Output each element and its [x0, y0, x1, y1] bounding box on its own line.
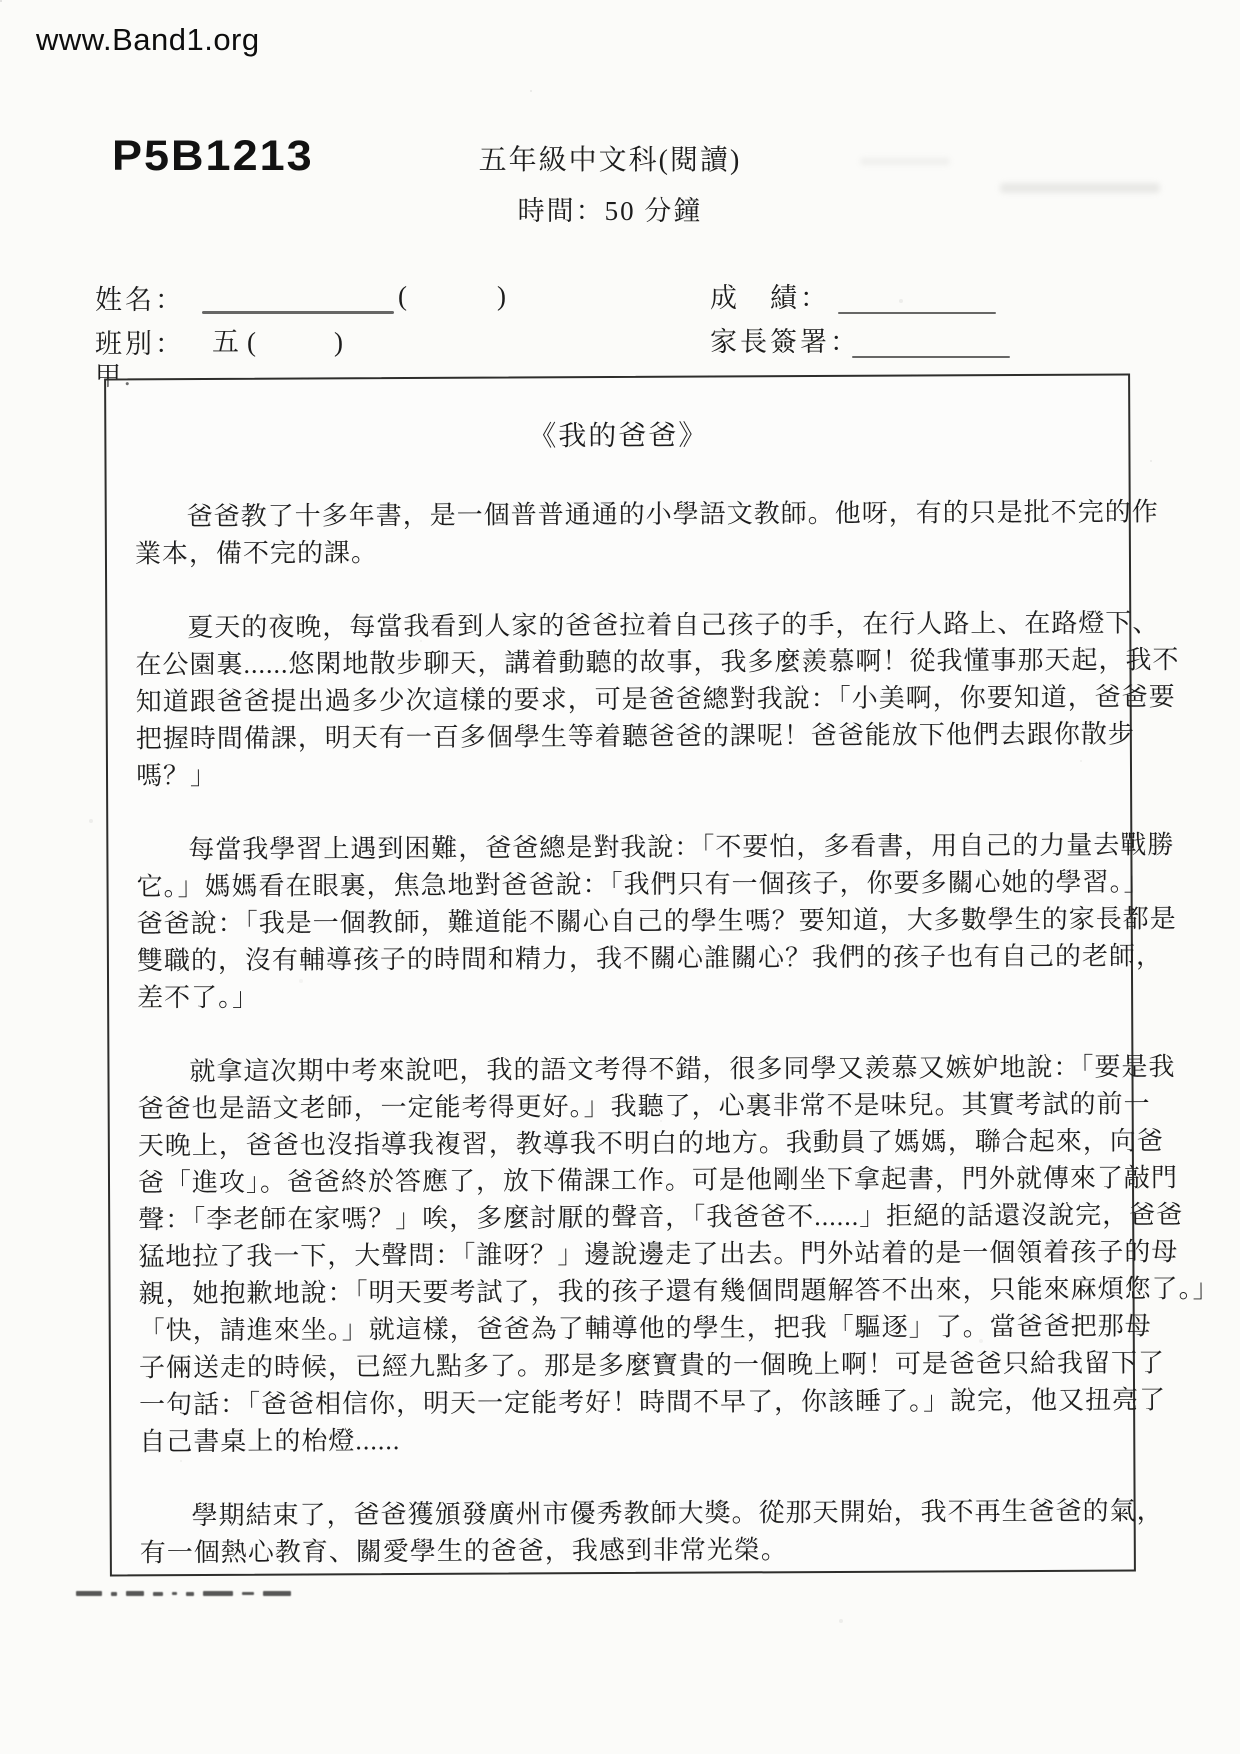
passage-line: 它。」媽媽看在眼裏，焦急地對爸爸說：「我們只有一個孩子，你要多關心她的學習。」 [136, 864, 1104, 906]
parent-signature-label: 家長簽署： [710, 320, 860, 359]
score-fill-line [838, 312, 996, 314]
watermark-url: www.Band1.org [36, 22, 260, 58]
class-value: 五( ) [212, 320, 351, 359]
passage-line: 爸「進攻」。爸爸終於答應了，放下備課工作。可是他剛坐下拿起書，門外就傳來了敲門 [138, 1160, 1106, 1202]
scan-streak [1000, 183, 1160, 193]
passage-line: 猛地拉了我一下，大聲問：「誰呀？」邊說邊走了出去。門外站着的是一個領着孩子的母 [138, 1234, 1106, 1276]
passage-line: 爸爸教了十多年書，是一個普普通通的小學語文教師。他呀，有的只是批不完的作 [135, 494, 1103, 536]
passage-line: 在公園裏......悠閑地散步聊天，講着動聽的故事，我多麼羨慕啊！從我懂事那天起… [135, 642, 1103, 684]
scanned-exam-page: www.Band1.org P5B1213 五年級中文科(閱讀) 時間：50 分… [0, 0, 1240, 1754]
passage-line: 嗎？」 [136, 753, 1104, 795]
passage-line: 夏天的夜晚，每當我看到人家的爸爸拉着自己孩子的手，在行人路上、在路燈下、 [135, 605, 1103, 647]
footer-illegible-fragment [76, 1591, 291, 1596]
passage-content: 《我的爸爸》 爸爸教了十多年書，是一個普普通通的小學語文教師。他呀，有的只是批不… [106, 376, 1134, 1572]
passage-line: 差不了。」 [137, 975, 1105, 1017]
passage-paragraph: 就拿這次期中考來說吧，我的語文考得不錯，很多同學又羨慕又嫉妒地說：「要是我爸爸也… [137, 1049, 1107, 1461]
passage-line: 就拿這次期中考來說吧，我的語文考得不錯，很多同學又羨慕又嫉妒地說：「要是我 [137, 1049, 1105, 1091]
name-fill-line [202, 311, 394, 314]
name-class-number-paren: ( ) [398, 274, 518, 313]
exam-title-block: 五年級中文科(閱讀) 時間：50 分鐘 [410, 138, 810, 228]
passage-paragraph: 每當我學習上遇到困難，爸爸總是對我說：「不要怕，多看書，用自己的力量去戰勝它。」… [136, 827, 1105, 1017]
reading-passage-box: 《我的爸爸》 爸爸教了十多年書，是一個普普通通的小學語文教師。他呀，有的只是批不… [104, 374, 1136, 1577]
passage-line: 有一個熱心教育、關愛學生的爸爸，我感到非常光榮。 [140, 1530, 1108, 1572]
passage-line: 把握時間備課，明天有一百多個學生等着聽爸爸的課呢！爸爸能放下他們去跟你散步 [136, 716, 1104, 758]
passage-paragraph: 爸爸教了十多年書，是一個普普通通的小學語文教師。他呀，有的只是批不完的作業本，備… [135, 494, 1103, 573]
passage-line: 子倆送走的時候，已經九點多了。那是多麼寶貴的一個晚上啊！可是爸爸只給我留下了 [139, 1345, 1107, 1387]
parent-signature-fill-line [852, 356, 1010, 358]
passage-paragraph: 夏天的夜晚，每當我看到人家的爸爸拉着自己孩子的手，在行人路上、在路燈下、在公園裏… [135, 605, 1104, 795]
passage-title: 《我的爸爸》 [134, 412, 1102, 457]
passage-line: 「快，請進來坐。」就這樣，爸爸為了輔導他的學生，把我「驅逐」了。當爸爸把那母 [139, 1308, 1107, 1350]
scan-noise [0, 0, 2, 2]
passage-line: 天晚上，爸爸也沒指導我複習，教導我不明白的地方。我動員了媽媽，聯合起來，向爸 [138, 1123, 1106, 1165]
score-label: 成 績： [710, 276, 830, 315]
passage-line: 一句話：「爸爸相信你，明天一定能考好！時間不早了，你該睡了。」說完，他又扭亮了 [139, 1382, 1107, 1424]
passage-line: 業本，備不完的課。 [135, 531, 1103, 573]
passage-line: 聲：「李老師在家嗎？」唉，多麼討厭的聲音，「我爸爸不......」拒絕的話還沒說… [138, 1197, 1106, 1239]
passage-paragraph: 學期結束了，爸爸獲頒發廣州市優秀教師大獎。從那天開始，我不再生爸爸的氣，有一個熱… [140, 1493, 1108, 1572]
exam-time-limit: 時間：50 分鐘 [410, 189, 810, 228]
passage-line: 爸爸說：「我是一個教師，難道能不關心自己的學生嗎？要知道，大多數學生的家長都是 [137, 901, 1105, 943]
passage-line: 自己書桌上的枱燈...... [139, 1419, 1107, 1461]
exam-subject-title: 五年級中文科(閱讀) [410, 138, 810, 178]
passage-line: 知道跟爸爸提出過多少次這樣的要求，可是爸爸總對我說：「小美啊，你要知道，爸爸要 [136, 679, 1104, 721]
passage-line: 每當我學習上遇到困難，爸爸總是對我說：「不要怕，多看書，用自己的力量去戰勝 [136, 827, 1104, 869]
passage-line: 雙職的，沒有輔導孩子的時間和精力，我不關心誰關心？我們的孩子也有自己的老師， [137, 938, 1105, 980]
passage-line: 學期結束了，爸爸獲頒發廣州市優秀教師大獎。從那天開始，我不再生爸爸的氣， [140, 1493, 1108, 1535]
passage-line: 親，她抱歉地說：「明天要考試了，我的孩子還有幾個問題解答不出來，只能來麻煩您了。… [138, 1271, 1106, 1313]
scan-streak [860, 158, 950, 165]
passage-paragraphs: 爸爸教了十多年書，是一個普普通通的小學語文教師。他呀，有的只是批不完的作業本，備… [135, 494, 1108, 1572]
name-label: 姓名： [95, 278, 185, 317]
passage-line: 爸爸也是語文老師，一定能考得更好。」我聽了，心裏非常不是味兒。其實考試的前一 [138, 1086, 1106, 1128]
paper-code: P5B1213 [112, 132, 314, 181]
